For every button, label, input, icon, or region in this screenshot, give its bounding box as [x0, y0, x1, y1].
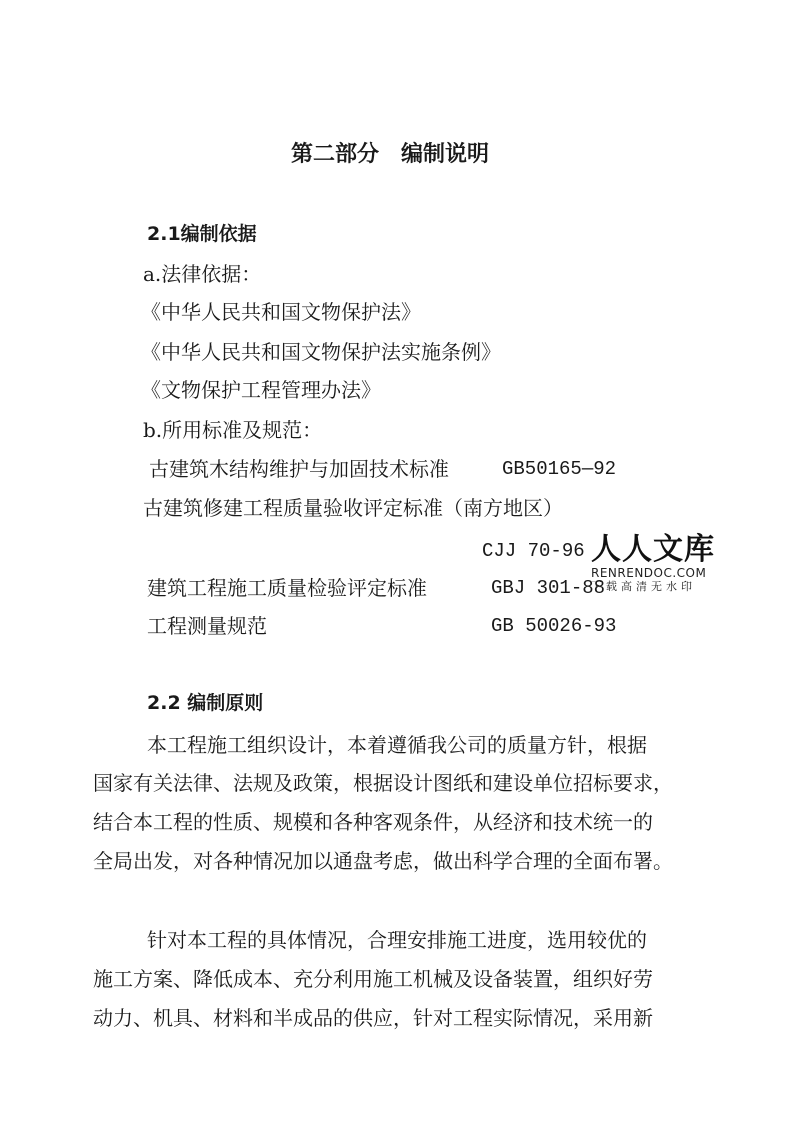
legal-basis-label: a.法律依据： [143, 262, 261, 286]
paragraph-line: 全局出发，对各种情况加以通盘考虑，做出科学合理的全面布署。 [93, 849, 673, 873]
standards-label: b.所用标准及规范： [143, 418, 322, 442]
paragraph-line: 本工程施工组织设计，本着遵循我公司的质量方针，根据 [147, 733, 647, 757]
watermark-tagline: 下载高清无水印 [591, 580, 721, 593]
law-item: 《中华人民共和国文物保护法实施条例》 [141, 340, 501, 364]
standard-name: 古建筑木结构维护与加固技术标准 [149, 457, 449, 481]
section-heading-2-2: 2.2 编制原则 [147, 691, 263, 715]
watermark-logo: 人人文库 RENRENDOC.COM 下载高清无水印 [591, 533, 721, 593]
watermark-brand: 人人文库 [591, 533, 721, 567]
law-item: 《文物保护工程管理办法》 [141, 378, 381, 402]
page-title: 第二部分 编制说明 [291, 143, 489, 167]
paragraph-line: 国家有关法律、法规及政策，根据设计图纸和建设单位招标要求， [93, 771, 673, 795]
paragraph-line: 施工方案、降低成本、充分利用施工机械及设备装置，组织好劳 [93, 967, 653, 991]
standard-code: GB50165—92 [502, 457, 616, 481]
paragraph-line: 结合本工程的性质、规模和各种客观条件，从经济和技术统一的 [93, 810, 653, 834]
standard-code: GBJ 301-88 [491, 576, 605, 600]
standard-name: 工程测量规范 [147, 614, 267, 638]
standard-code: CJJ 70-96 [482, 539, 585, 563]
law-item: 《中华人民共和国文物保护法》 [141, 300, 421, 324]
paragraph-line: 动力、机具、材料和半成品的供应，针对工程实际情况，采用新 [93, 1006, 653, 1030]
standard-name: 古建筑修建工程质量验收评定标准（南方地区） [143, 496, 563, 520]
standard-name: 建筑工程施工质量检验评定标准 [147, 576, 427, 600]
watermark-url: RENRENDOC.COM [591, 567, 721, 580]
section-heading-2-1: 2.1编制依据 [147, 222, 257, 246]
standard-code: GB 50026-93 [491, 614, 616, 638]
paragraph-line: 针对本工程的具体情况，合理安排施工进度，选用较优的 [147, 928, 647, 952]
